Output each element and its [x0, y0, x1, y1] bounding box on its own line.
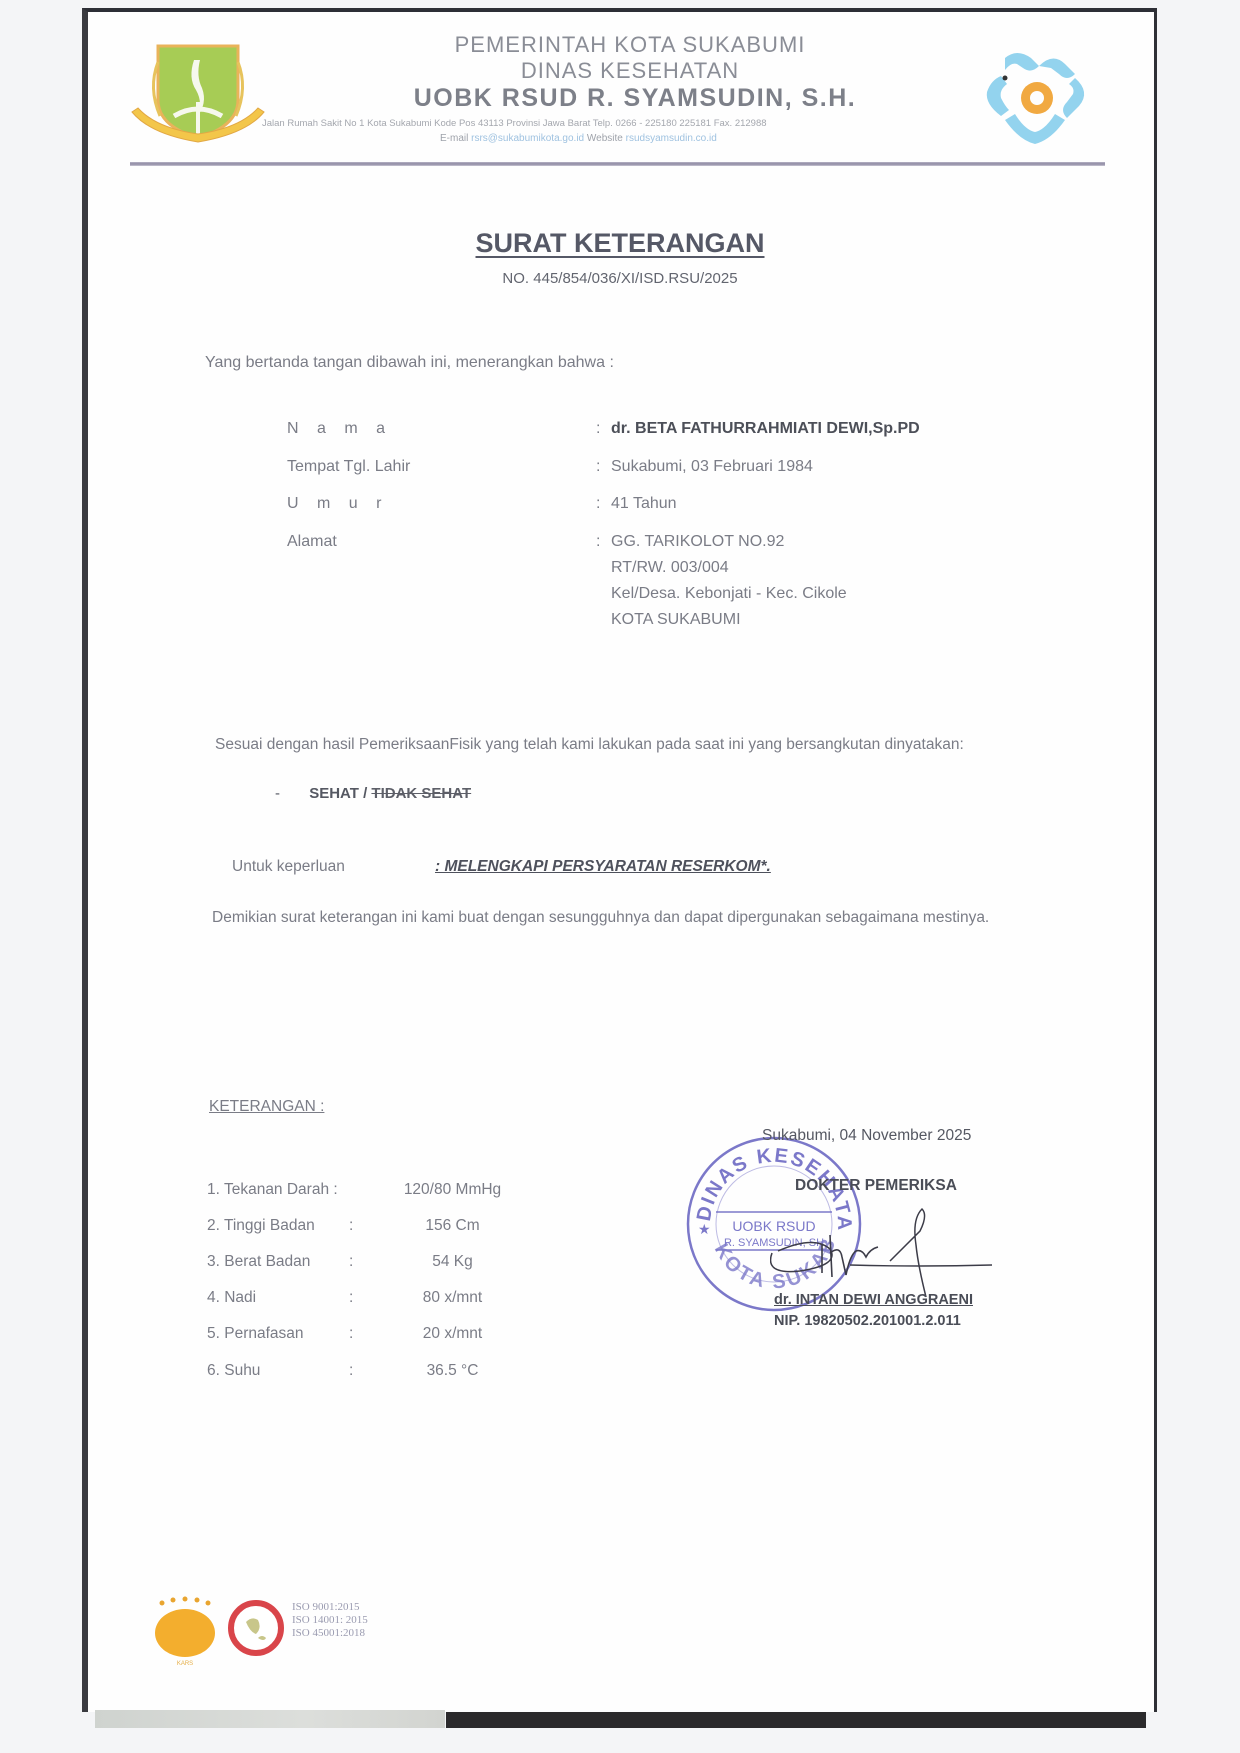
handwritten-signature-icon: [770, 1205, 1000, 1305]
identity-value-birth: Sukabumi, 03 Februari 1984: [611, 458, 813, 476]
letterhead-divider: [130, 162, 1105, 166]
signature-name: dr. INTAN DEWI ANGGRAENI: [774, 1292, 973, 1308]
identity-value-name: dr. BETA FATHURRAHMIATI DEWI,Sp.PD: [611, 420, 920, 438]
intro-text: Yang bertanda tangan dibawah ini, menera…: [205, 354, 614, 372]
vital-value-pulse: 80 x/mnt: [385, 1289, 520, 1307]
letterhead-hospital-name: UOBK RSUD R. SYAMSUDIN, S.H.: [390, 84, 880, 113]
vital-colon: :: [349, 1253, 353, 1271]
vital-value-height: 156 Cm: [385, 1217, 520, 1235]
letterhead-address: Jalan Rumah Sakit No 1 Kota Sukabumi Kod…: [262, 118, 767, 129]
website-link[interactable]: rsudsyamsudin.co.id: [626, 133, 717, 144]
identity-colon: :: [596, 458, 600, 476]
identity-value-age: 41 Tahun: [611, 495, 677, 513]
status-not-healthy-struck: TIDAK SEHAT: [371, 785, 471, 802]
vital-label-blood-pressure: 1. Tekanan Darah :: [207, 1181, 338, 1199]
iso-certificate: ISO 45001:2018: [292, 1627, 365, 1639]
vital-label-pulse: 4. Nadi: [207, 1289, 256, 1307]
document-number: NO. 445/854/036/XI/ISD.RSU/2025: [400, 270, 840, 287]
kota-sukabumi-emblem-icon: [130, 38, 266, 148]
vital-colon: :: [349, 1217, 353, 1235]
vital-value-blood-pressure: 120/80 MmHg: [385, 1181, 520, 1199]
iso-certificate: ISO 14001: 2015: [292, 1614, 368, 1626]
svg-text:★: ★: [698, 1221, 711, 1237]
accreditation-logo-icon: KARS: [150, 1595, 220, 1667]
iso-certification-logo-icon: [228, 1600, 284, 1656]
letterhead-government: PEMERINTAH KOTA SUKABUMI: [420, 32, 840, 58]
purpose-label: Untuk keperluan: [232, 858, 345, 876]
health-status: - SEHAT / TIDAK SEHAT: [275, 785, 471, 802]
letterhead-department: DINAS KESEHATAN: [420, 58, 840, 84]
vital-colon: :: [349, 1325, 353, 1343]
iso-certificate: ISO 9001:2015: [292, 1601, 360, 1613]
address-line: KOTA SUKABUMI: [611, 611, 741, 629]
status-bullet: -: [275, 785, 280, 802]
vital-value-weight: 54 Kg: [385, 1253, 520, 1271]
identity-colon: :: [596, 420, 600, 438]
vitals-title: KETERANGAN :: [209, 1098, 324, 1116]
closing-statement: Demikian surat keterangan ini kami buat …: [212, 908, 1030, 928]
identity-label-name: N a m a: [287, 420, 392, 438]
letterhead-contact: E-mail rsrs@sukabumikota.go.id Website r…: [440, 133, 717, 144]
signature-place-date: Sukabumi, 04 November 2025: [762, 1127, 971, 1145]
exam-result-text: Sesuai dengan hasil PemeriksaanFisik yan…: [215, 736, 964, 754]
status-healthy: SEHAT /: [309, 785, 367, 802]
address-line: Kel/Desa. Kebonjati - Kec. Cikole: [611, 585, 847, 603]
scan-edge-dark: [446, 1712, 1146, 1728]
signature-nip: NIP. 19820502.201001.2.011: [774, 1313, 961, 1329]
vital-value-respiration: 20 x/mnt: [385, 1325, 520, 1343]
vital-colon: :: [349, 1362, 353, 1380]
document-title: SURAT KETERANGAN: [400, 228, 840, 259]
identity-label-birth: Tempat Tgl. Lahir: [287, 458, 410, 476]
vital-label-weight: 3. Berat Badan: [207, 1253, 310, 1271]
identity-value-address: GG. TARIKOLOT NO.92: [611, 533, 784, 551]
email-link[interactable]: rsrs@sukabumikota.go.id: [471, 133, 584, 144]
vital-value-temperature: 36.5 °C: [385, 1362, 520, 1380]
identity-label-age: U m u r: [287, 495, 388, 513]
rsud-logo-icon: [975, 48, 1095, 153]
identity-label-address: Alamat: [287, 533, 337, 551]
signature-role: DOKTER PEMERIKSA: [795, 1177, 957, 1195]
vital-label-height: 2. Tinggi Badan: [207, 1217, 315, 1235]
address-line: RT/RW. 003/004: [611, 559, 729, 577]
vital-colon: :: [349, 1289, 353, 1307]
purpose-value: : MELENGKAPI PERSYARATAN RESERKOM*.: [435, 858, 771, 876]
vital-label-temperature: 6. Suhu: [207, 1362, 260, 1380]
identity-colon: :: [596, 533, 600, 551]
website-label: Website: [587, 133, 623, 144]
vital-label-respiration: 5. Pernafasan: [207, 1325, 304, 1343]
svg-text:KARS: KARS: [177, 1661, 193, 1667]
identity-colon: :: [596, 495, 600, 513]
email-label: E-mail: [440, 133, 468, 144]
scan-edge-light: [95, 1710, 445, 1728]
